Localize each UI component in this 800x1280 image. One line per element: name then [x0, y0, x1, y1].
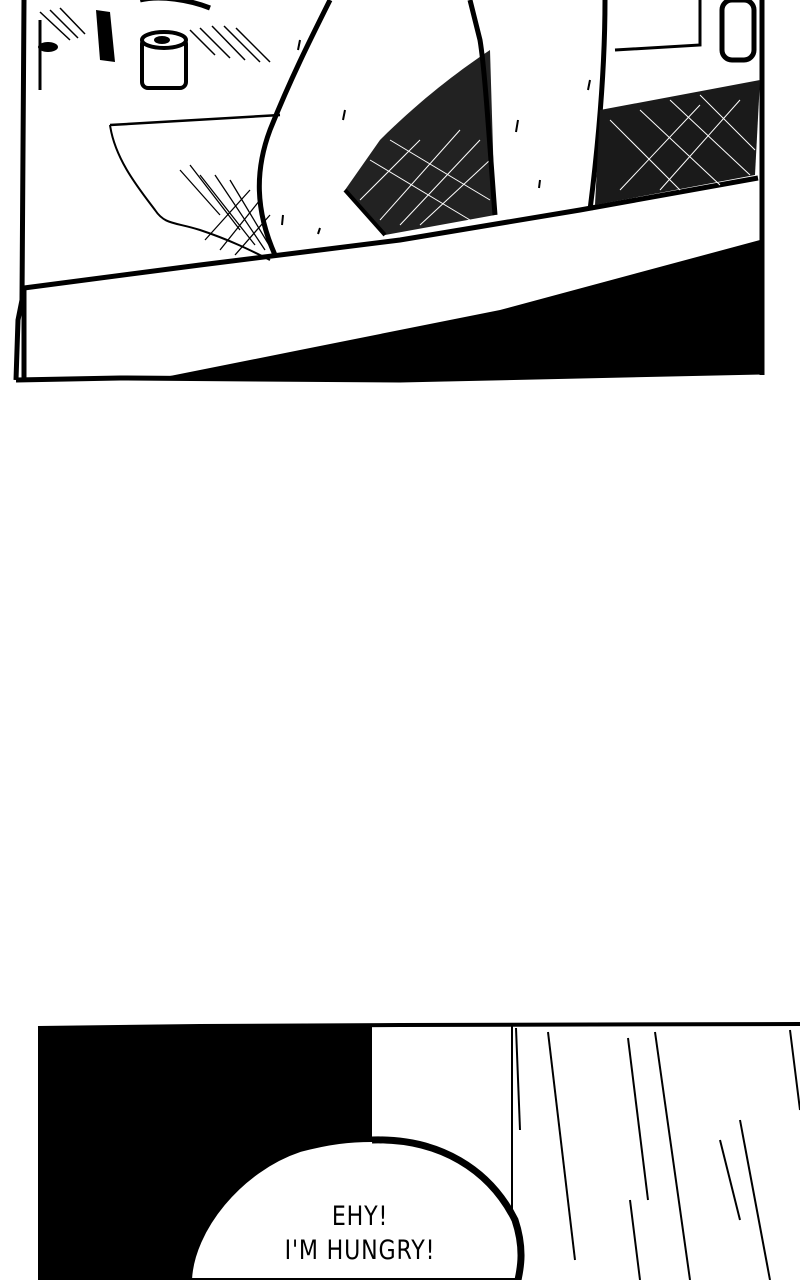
speech-line-2: I'M HUNGRY! [245, 1234, 475, 1268]
speech-line-1: EHY! [245, 1200, 475, 1234]
comic-panel-top [0, 0, 800, 390]
speech-bubble-text: EHY! I'M HUNGRY! [245, 1200, 475, 1268]
panel-top-artwork [0, 0, 800, 390]
